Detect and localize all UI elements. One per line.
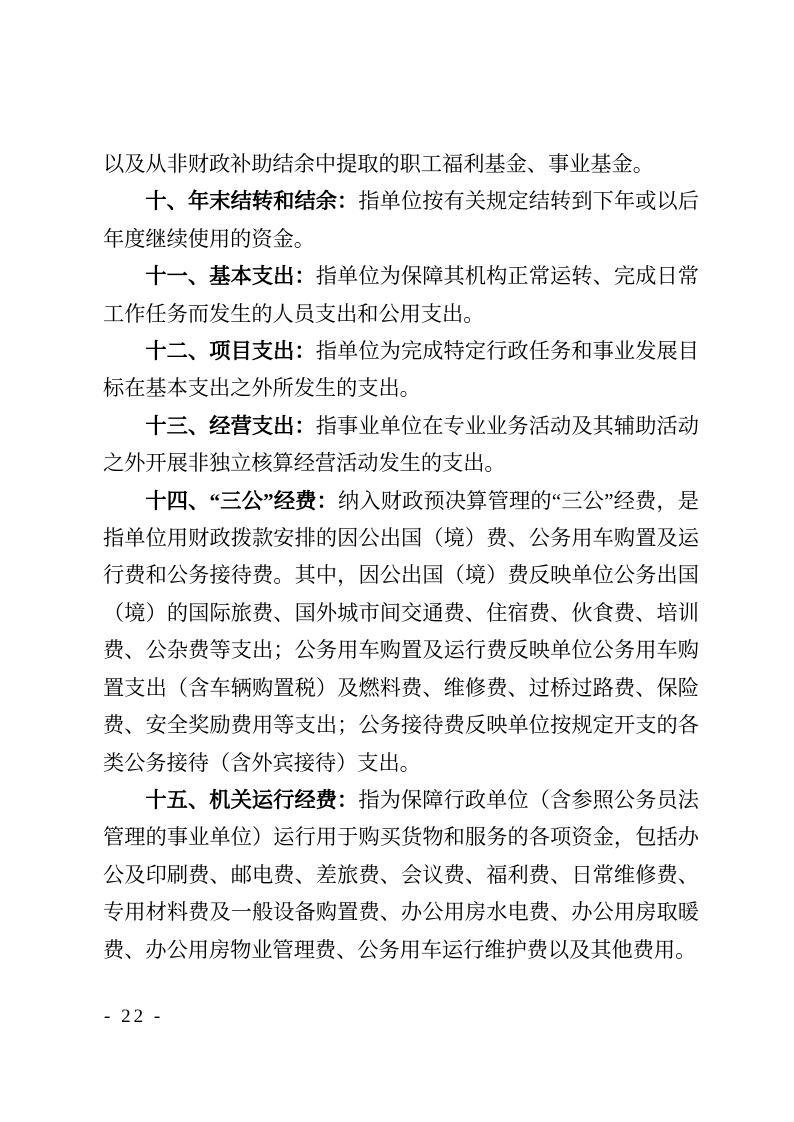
definition-paragraph: 十四、“三公”经费：纳入财政预决算管理的“三公”经费，是指单位用财政拨款安排的因… (103, 483, 699, 782)
definition-paragraph: 十、年末结转和结余：指单位按有关规定结转到下年或以后年度继续使用的资金。 (103, 183, 699, 258)
definition-paragraph: 十三、经营支出：指事业单位在专业业务活动及其辅助活动之外开展非独立核算经营活动发… (103, 408, 699, 483)
term-definition: 纳入财政预决算管理的“三公”经费，是指单位用财政拨款安排的因公出国（境）费、公务… (103, 489, 699, 775)
paragraph-text: 以及从非财政补助结余中提取的职工福利基金、事业基金。 (103, 152, 654, 176)
term-label: 十一、基本支出： (145, 264, 315, 288)
term-label: 十五、机关运行经费： (145, 788, 358, 812)
term-definition: 指为保障行政单位（含参照公务员法管理的事业单位）运行用于购买货物和服务的各项资金… (103, 788, 699, 962)
definition-paragraph: 十二、项目支出：指单位为完成特定行政任务和事业发展目标在基本支出之外所发生的支出… (103, 333, 699, 408)
term-label: 十四、“三公”经费： (145, 489, 338, 513)
term-label: 十、年末结转和结余： (145, 189, 358, 213)
definition-paragraph: 十一、基本支出：指单位为保障其机构正常运转、完成日常工作任务而发生的人员支出和公… (103, 258, 699, 333)
definition-paragraph: 十五、机关运行经费：指为保障行政单位（含参照公务员法管理的事业单位）运行用于购买… (103, 782, 699, 969)
paragraph-continuation: 以及从非财政补助结余中提取的职工福利基金、事业基金。 (103, 146, 699, 183)
document-body: 以及从非财政补助结余中提取的职工福利基金、事业基金。 十、年末结转和结余：指单位… (103, 146, 699, 969)
term-label: 十二、项目支出： (145, 339, 315, 363)
term-label: 十三、经营支出： (145, 414, 315, 438)
page-number: - 22 - (104, 1003, 163, 1031)
document-page: 以及从非财政补助结余中提取的职工福利基金、事业基金。 十、年末结转和结余：指单位… (0, 0, 794, 1122)
